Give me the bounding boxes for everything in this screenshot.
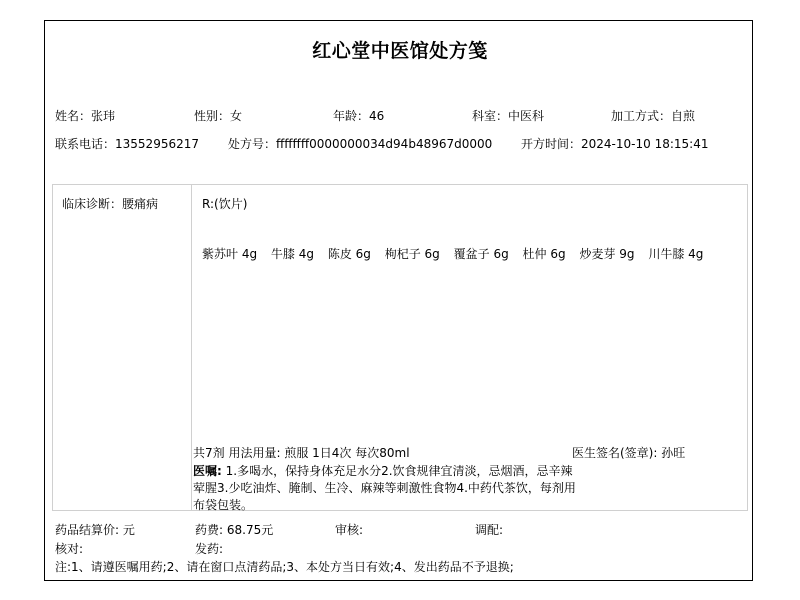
- herb-list: 紫苏叶 4g 牛膝 4g 陈皮 6g 枸杞子 6g 覆盆子 6g 杜仲 6g 炒…: [202, 245, 713, 262]
- patient-age-label: 年龄：: [333, 109, 369, 123]
- fee-field: 药费: 68.75元: [195, 523, 273, 537]
- processing-method: 自煎: [671, 109, 695, 123]
- phone-field: 联系电话：13552956217: [55, 137, 199, 151]
- settlement-label: 药品结算价:: [55, 523, 119, 537]
- patient-name: 张玮: [91, 109, 115, 123]
- dispense-label: 调配:: [475, 523, 503, 537]
- doctor-name: 孙旺: [661, 446, 685, 460]
- department-label: 科室：: [472, 109, 508, 123]
- diagnosis-value: 腰痛病: [122, 197, 158, 211]
- patient-name-label: 姓名：: [55, 109, 91, 123]
- settlement-value: 元: [123, 523, 135, 537]
- table-divider: [191, 185, 192, 510]
- review-label: 审核:: [335, 523, 363, 537]
- usage-value: 煎服 1日4次 每次80ml: [284, 446, 409, 460]
- dosage-count: 共7剂: [193, 446, 225, 460]
- diagnosis-label: 临床诊断：: [62, 197, 122, 211]
- phone-number: 13552956217: [115, 137, 199, 151]
- patient-age-field: 年龄：46: [333, 109, 384, 123]
- rx-number-field: 处方号：ffffffff0000000034d94b48967d0000: [228, 137, 492, 151]
- department: 中医科: [508, 109, 544, 123]
- advice-label: 医嘱:: [193, 464, 222, 478]
- doctor-signature-label: 医生签名(签章):: [572, 446, 657, 460]
- herb-item: 陈皮 6g: [328, 247, 371, 261]
- processing-method-field: 加工方式：自煎: [611, 109, 695, 123]
- prescription-table: [52, 184, 748, 511]
- processing-method-label: 加工方式：: [611, 109, 671, 123]
- fee-value: 68.75元: [227, 523, 273, 537]
- fee-label: 药费:: [195, 523, 223, 537]
- herb-item: 牛膝 4g: [271, 247, 314, 261]
- usage-label: 用法用量:: [228, 446, 280, 460]
- rx-time-field: 开方时间：2024-10-10 18:15:41: [521, 137, 708, 151]
- dispense-field: 调配:: [475, 523, 503, 537]
- phone-label: 联系电话：: [55, 137, 115, 151]
- department-field: 科室：中医科: [472, 109, 544, 123]
- medical-advice: 医嘱: 1.多喝水，保持身体充足水分2.饮食规律宜清淡，忌烟酒，忌辛辣荤腥3.少…: [193, 463, 583, 514]
- page-title: 红心堂中医馆处方笺: [0, 36, 800, 63]
- patient-gender-label: 性别：: [194, 109, 230, 123]
- issue-label: 发药:: [195, 542, 223, 556]
- herb-item: 杜仲 6g: [523, 247, 566, 261]
- issue-field: 发药:: [195, 542, 223, 556]
- patient-gender: 女: [230, 109, 242, 123]
- check-field: 核对:: [55, 542, 83, 556]
- herb-item: 川牛膝 4g: [648, 247, 703, 261]
- herb-item: 枸杞子 6g: [385, 247, 440, 261]
- diagnosis-field: 临床诊断：腰痛病: [62, 197, 158, 211]
- patient-age: 46: [369, 109, 384, 123]
- patient-name-field: 姓名：张玮: [55, 109, 115, 123]
- rx-number-label: 处方号：: [228, 137, 276, 151]
- rx-type: R:(饮片): [202, 197, 247, 211]
- patient-gender-field: 性别：女: [194, 109, 242, 123]
- rx-number: ffffffff0000000034d94b48967d0000: [276, 137, 492, 151]
- doctor-signature-field: 医生签名(签章): 孙旺: [572, 446, 685, 460]
- herb-item: 紫苏叶 4g: [202, 247, 257, 261]
- review-field: 审核:: [335, 523, 363, 537]
- herb-item: 覆盆子 6g: [454, 247, 509, 261]
- usage-line: 共7剂 用法用量: 煎服 1日4次 每次80ml: [193, 446, 410, 460]
- herb-item: 炒麦芽 9g: [579, 247, 634, 261]
- rx-time-label: 开方时间：: [521, 137, 581, 151]
- advice-text: 1.多喝水，保持身体充足水分2.饮食规律宜清淡，忌烟酒，忌辛辣荤腥3.少吃油炸、…: [193, 464, 576, 512]
- footer-note: 注:1、请遵医嘱用药;2、请在窗口点清药品;3、本处方当日有效;4、发出药品不予…: [55, 560, 514, 574]
- settlement-field: 药品结算价: 元: [55, 523, 135, 537]
- check-label: 核对:: [55, 542, 83, 556]
- rx-time: 2024-10-10 18:15:41: [581, 137, 708, 151]
